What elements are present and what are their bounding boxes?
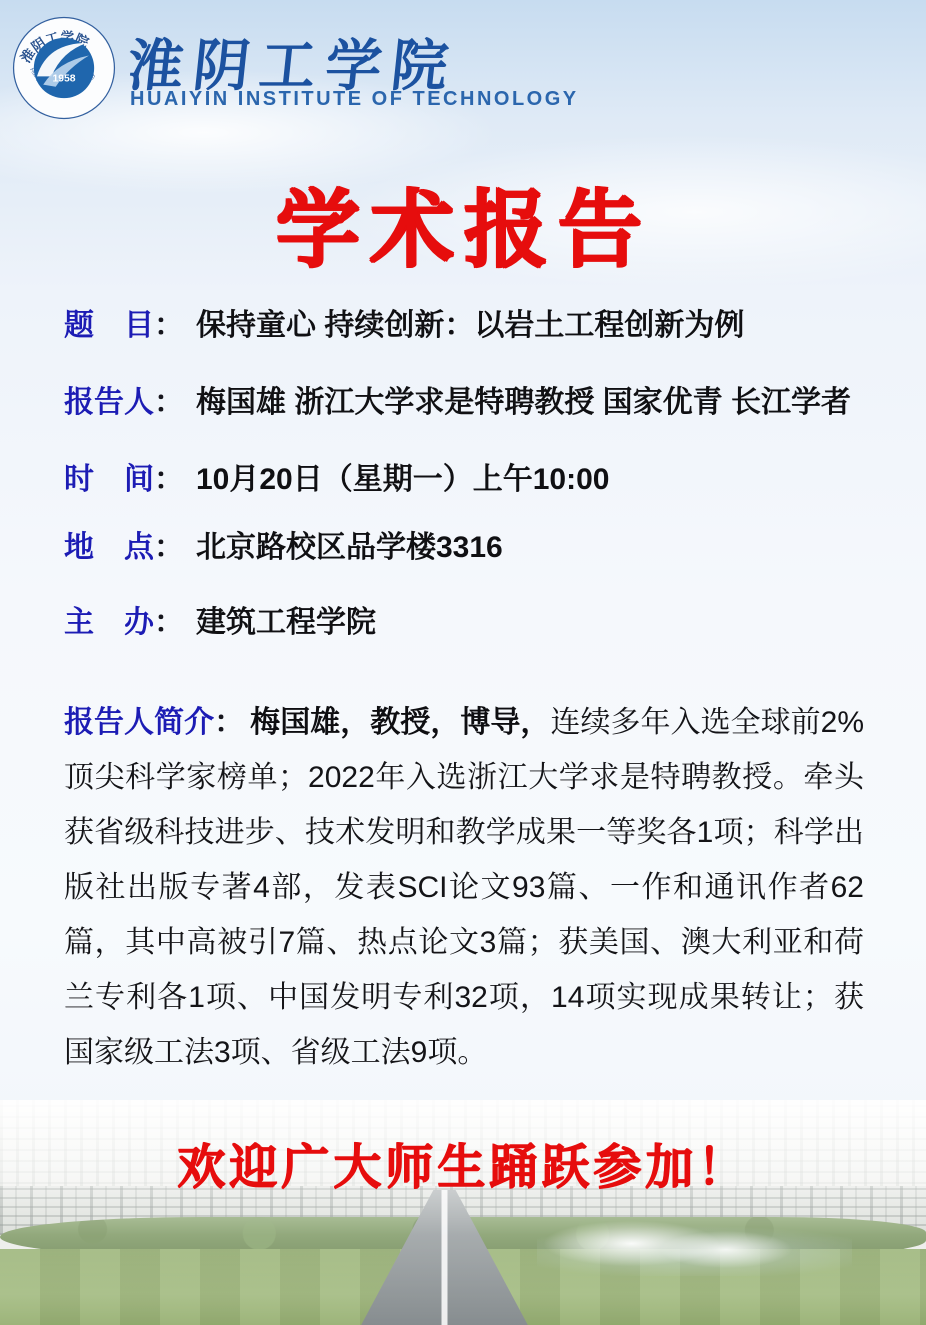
topic-label: 题 目	[64, 309, 154, 342]
organizer-label: 主 办	[64, 606, 154, 639]
speaker-colon: ：	[154, 386, 184, 419]
info-row-speaker: 报告人：梅国雄 浙江大学求是特聘教授 国家优青 长江学者	[64, 377, 894, 421]
speaker-value: 梅国雄 浙江大学求是特聘教授 国家优青 长江学者	[196, 386, 851, 419]
bio-label: 报告人简介	[64, 706, 214, 739]
location-colon: ：	[154, 531, 184, 564]
speaker-label: 报告人	[64, 386, 154, 419]
topic-value: 保持童心 持续创新：以岩土工程创新为例	[196, 309, 744, 342]
info-row-location: 地 点：北京路校区品学楼3316	[64, 522, 894, 566]
location-label: 地 点	[64, 531, 154, 564]
organizer-colon: ：	[154, 606, 184, 639]
location-value: 北京路校区品学楼3316	[196, 531, 503, 564]
bio-bold-intro: 梅国雄，教授，博导，	[250, 706, 550, 739]
bio-colon: ：	[214, 706, 244, 739]
logo-year: 1958	[52, 74, 75, 85]
poster-page: 淮阴工学院 Huaiyin Institute of Technology 19…	[0, 0, 926, 1325]
time-label: 时 间	[64, 463, 154, 496]
campus-photo: 欢迎广大师生踊跃参加！	[0, 1100, 926, 1325]
university-seal-logo: 淮阴工学院 Huaiyin Institute of Technology 19…	[12, 16, 116, 120]
organizer-value: 建筑工程学院	[196, 606, 376, 639]
info-row-topic: 题 目：保持童心 持续创新：以岩土工程创新为例	[64, 300, 894, 344]
time-colon: ：	[154, 463, 184, 496]
topic-colon: ：	[154, 309, 184, 342]
info-row-time: 时 间：10月20日（星期一）上午10:00	[64, 454, 894, 498]
info-row-organizer: 主 办：建筑工程学院	[64, 597, 894, 641]
school-name-english: HUAIYIN INSTITUTE OF TECHNOLOGY	[130, 88, 579, 111]
header: 淮阴工学院 Huaiyin Institute of Technology 19…	[0, 0, 926, 145]
welcome-message: 欢迎广大师生踊跃参加！	[0, 1128, 926, 1197]
speaker-bio-paragraph: 报告人简介：梅国雄，教授，博导，连续多年入选全球前2%顶尖科学家榜单；2022年…	[64, 695, 864, 1080]
poster-title: 学术报告	[0, 162, 926, 283]
bio-text: 连续多年入选全球前2%顶尖科学家榜单；2022年入选浙江大学求是特聘教授。牵头获…	[64, 706, 864, 1069]
time-value: 10月20日（星期一）上午10:00	[196, 463, 609, 496]
